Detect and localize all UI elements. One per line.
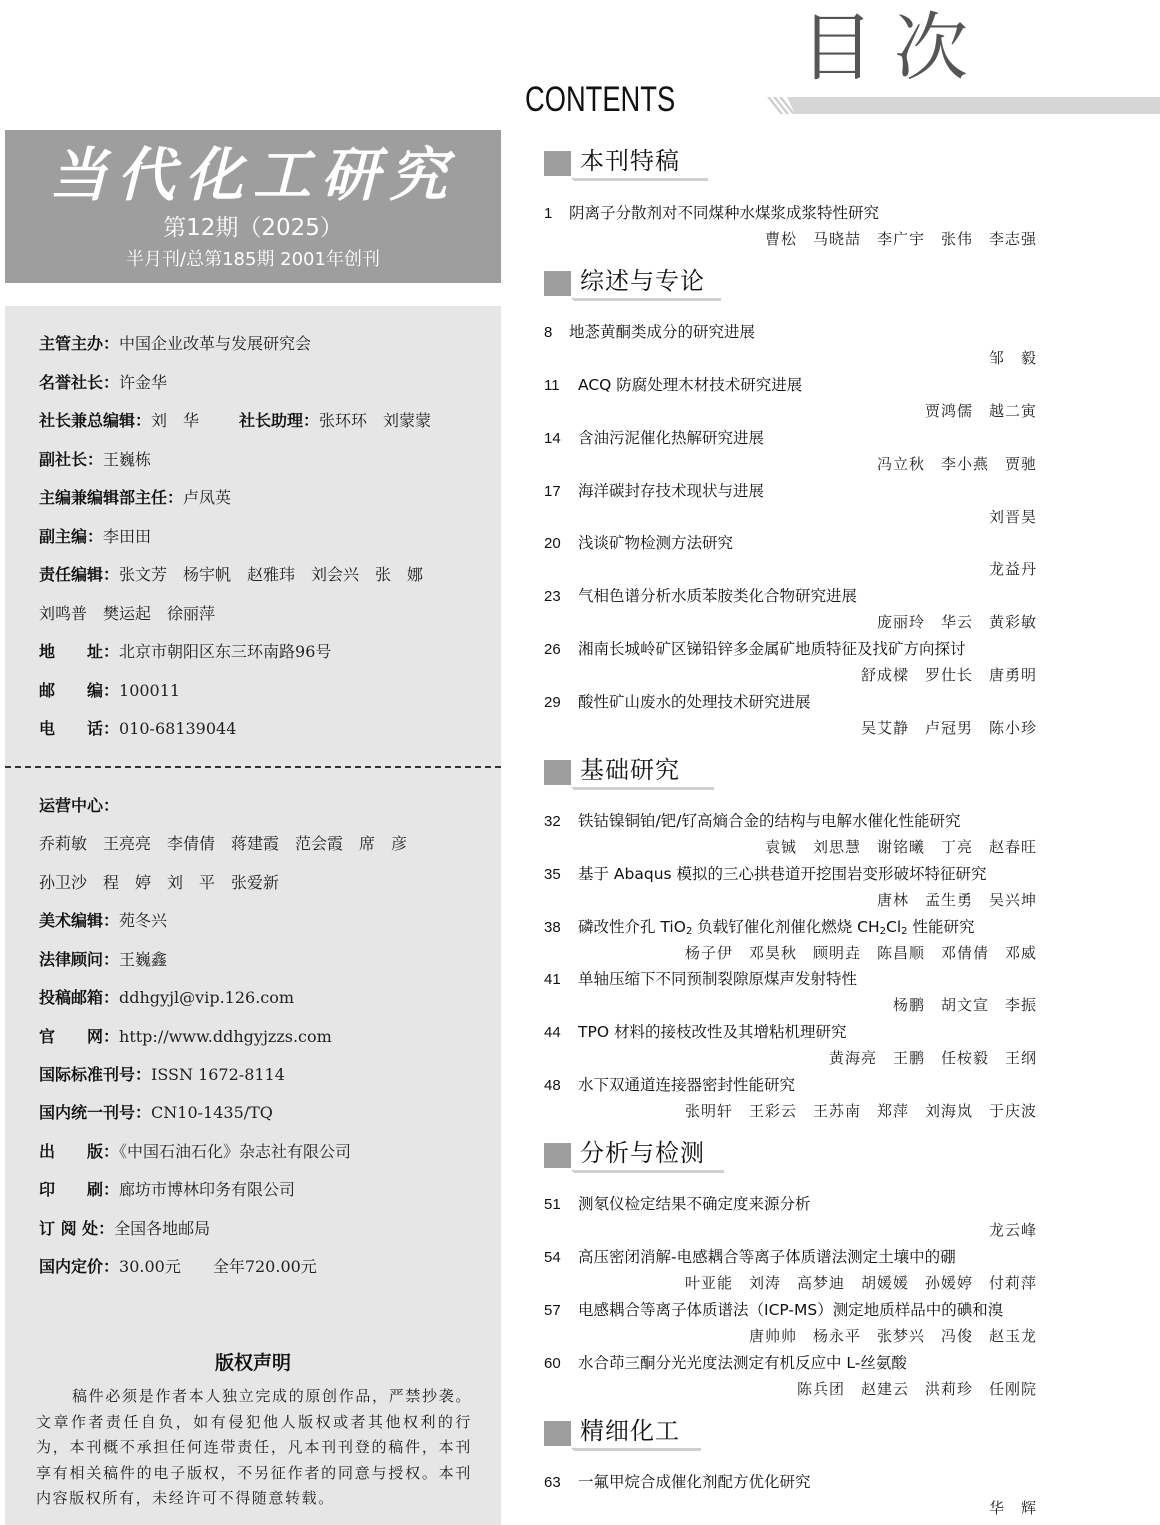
toc-entry[interactable]: 1阴离子分散剂对不同煤种水煤浆成浆特性研究	[544, 203, 879, 224]
info-line-address: 地 址：北京市朝阳区东三环南路96号	[39, 641, 331, 663]
toc-entry[interactable]: 32铁钴镍铜铂/钯/钌高熵合金的结构与电解水催化性能研究	[544, 811, 960, 832]
page-title-contents: CONTENTS	[525, 80, 675, 120]
info-line-deputy-editor: 副主编：李田田	[39, 526, 151, 548]
section-marker-icon	[544, 1143, 571, 1168]
toc-authors: 贾鸿儒 越二寅	[925, 401, 1037, 421]
info-line-printer: 印 刷：廊坊市博林印务有限公司	[39, 1179, 295, 1201]
masthead: 当代化工研究 第12期（2025） 半月刊/总第185期 2001年创刊	[5, 130, 501, 283]
info-line-postcode: 邮 编：100011	[39, 680, 180, 702]
info-line-phone: 电 话：010-68139044	[39, 718, 236, 740]
toc-entry[interactable]: 20浅谈矿物检测方法研究	[544, 533, 733, 554]
toc-entry[interactable]: 17海洋碳封存技术现状与进展	[544, 481, 764, 502]
toc-entry[interactable]: 57电感耦合等离子体质谱法（ICP-MS）测定地质样品中的碘和溴	[544, 1300, 1003, 1321]
info-line-chief-editor: 主编兼编辑部主任：卢凤英	[39, 487, 231, 509]
page-title-mulu: 目次	[800, 6, 988, 90]
toc-authors: 吴艾静 卢冠男 陈小珍	[861, 718, 1037, 738]
toc-authors: 华 辉	[989, 1498, 1037, 1518]
issue-subtitle: 半月刊/总第185期 2001年创刊	[5, 248, 501, 272]
toc-authors: 唐林 孟生勇 吴兴坤	[877, 890, 1037, 910]
header-decorative-stripe	[765, 97, 1160, 114]
toc-entry[interactable]: 35基于 Abaqus 模拟的三心拱巷道开挖围岩变形破坏特征研究	[544, 864, 987, 885]
toc-authors: 叶亚能 刘涛 高梦迪 胡媛媛 孙媛婷 付莉萍	[685, 1273, 1037, 1293]
toc-authors: 龙益丹	[989, 559, 1037, 579]
info-line-subscription: 订 阅 处：全国各地邮局	[39, 1218, 210, 1240]
dashed-divider	[5, 766, 501, 768]
toc-authors: 庞丽玲 华云 黄彩敏	[877, 612, 1037, 632]
toc-authors: 冯立秋 李小燕 贾驰	[877, 454, 1037, 474]
section-marker-icon	[544, 151, 571, 176]
toc-entry[interactable]: 26湘南长城岭矿区锑铅锌多金属矿地质特征及找矿方向探讨	[544, 639, 966, 660]
info-line-sponsor: 主管主办：中国企业改革与发展研究会	[39, 333, 311, 355]
info-line-website: 官 网：http://www.ddhgyjzzs.com	[39, 1026, 332, 1048]
info-line-president-editor: 社长兼总编辑：刘 华社长助理：张环环 刘蒙蒙	[39, 410, 431, 432]
toc-authors: 唐帅帅 杨永平 张梦兴 冯俊 赵玉龙	[749, 1326, 1037, 1346]
toc-authors: 舒成樑 罗仕长 唐勇明	[861, 665, 1037, 685]
info-line-cn: 国内统一刊号：CN10-1435/TQ	[39, 1102, 273, 1124]
toc-entry[interactable]: 23气相色谱分析水质苯胺类化合物研究进展	[544, 586, 857, 607]
info-line-responsible-editors: 责任编辑：张文芳 杨宇帆 赵雅玮 刘会兴 张 娜	[39, 564, 423, 586]
info-line-legal-advisor: 法律顾问：王巍鑫	[39, 949, 167, 971]
info-line-submission-email: 投稿邮箱：ddhgyjl@vip.126.com	[39, 987, 294, 1009]
toc-entry[interactable]: 51测氡仪检定结果不确定度来源分析	[544, 1194, 811, 1215]
toc-authors: 杨鹏 胡文宣 李振	[893, 995, 1037, 1015]
toc-authors: 黄海亮 王鹏 任桉毅 王纲	[829, 1048, 1037, 1068]
copyright-body: 稿件必须是作者本人独立完成的原创作品，严禁抄袭。文章作者责任自负，如有侵犯他人版…	[36, 1384, 472, 1512]
toc-entry[interactable]: 54高压密闭消解-电感耦合等离子体质谱法测定土壤中的硼	[544, 1247, 956, 1268]
copyright-title: 版权声明	[5, 1351, 501, 1375]
section-marker-icon	[544, 760, 571, 785]
toc-entry[interactable]: 14含油污泥催化热解研究进展	[544, 428, 764, 449]
toc-authors: 张明轩 王彩云 王苏南 郑萍 刘海岚 于庆波	[685, 1101, 1037, 1121]
toc-authors: 陈兵团 赵建云 洪莉珍 任刚院	[797, 1379, 1037, 1399]
toc-authors: 杨子伊 邓昊秋 顾明垚 陈昌顺 邓倩倩 邓威	[685, 943, 1037, 963]
info-line-responsible-editors-cont: 刘鸣普 樊运起 徐丽萍	[39, 603, 215, 625]
info-line-operations-staff-1: 乔莉敏 王亮亮 李倩倩 蒋建霞 范会霞 席 彦	[39, 833, 407, 855]
info-line-honorary-president: 名誉社长：许金华	[39, 372, 167, 394]
toc-entry[interactable]: 41单轴压缩下不同预制裂隙原煤声发射特性	[544, 969, 857, 990]
email-link[interactable]: ddhgyjl@vip.126.com	[119, 988, 294, 1007]
toc-authors: 袁铖 刘思慧 谢铭曦 丁亮 赵春旺	[765, 837, 1037, 857]
info-line-price: 国内定价：30.00元 全年720.00元	[39, 1256, 317, 1278]
issue-number: 第12期（2025）	[5, 214, 501, 242]
toc-entry[interactable]: 29酸性矿山废水的处理技术研究进展	[544, 692, 811, 713]
toc-authors: 刘晋昊	[989, 507, 1037, 527]
info-line-art-editor: 美术编辑：苑冬兴	[39, 910, 167, 932]
info-line-operations-center: 运营中心：	[39, 795, 119, 817]
info-line-issn: 国际标准刊号：ISSN 1672-8114	[39, 1064, 285, 1086]
section-marker-icon	[544, 271, 571, 296]
toc-entry[interactable]: 63一氟甲烷合成催化剂配方优化研究	[544, 1472, 811, 1493]
toc-entry[interactable]: 48水下双通道连接器密封性能研究	[544, 1075, 795, 1096]
info-line-operations-staff-2: 孙卫沙 程 婷 刘 平 张爱新	[39, 872, 279, 894]
toc-authors: 龙云峰	[989, 1220, 1037, 1240]
info-line-vice-president: 副社长：王巍栋	[39, 449, 151, 471]
toc-entry[interactable]: 11ACQ 防腐处理木材技术研究进展	[544, 375, 802, 396]
toc-authors: 曹松 马晓喆 李广宇 张伟 李志强	[765, 229, 1037, 249]
info-line-publisher: 出 版：《中国石油石化》杂志社有限公司	[39, 1141, 351, 1163]
toc-entry[interactable]: 44TPO 材料的接枝改性及其增粘机理研究	[544, 1022, 846, 1043]
toc-entry[interactable]: 60水合茚三酮分光光度法测定有机反应中 L-丝氨酸	[544, 1353, 907, 1374]
toc-authors: 邹 毅	[989, 348, 1037, 368]
toc-entry[interactable]: 8地菍黄酮类成分的研究进展	[544, 322, 755, 343]
toc-entry[interactable]: 38磷改性介孔 TiO2 负载钌催化剂催化燃烧 CH2Cl2 性能研究	[544, 917, 974, 942]
journal-title: 当代化工研究	[5, 140, 501, 210]
website-link[interactable]: http://www.ddhgyjzzs.com	[119, 1027, 332, 1046]
section-marker-icon	[544, 1421, 571, 1446]
